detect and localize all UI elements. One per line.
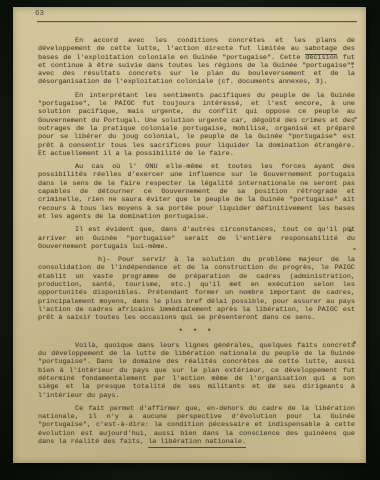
text-segment: En interprétant les sentiments pacifique… [38,92,355,158]
text-segment: Voilà, quoique dans leurs lignes général… [38,342,355,400]
text-segment: * * * [179,328,214,336]
section-separator: * * * [38,328,355,336]
scan-background: 63 En accord avec les conditions concrèt… [0,0,380,480]
paragraph: Ce fait permet d'affirmer que, en-dehors… [38,405,355,446]
ink-smudge [349,229,352,232]
paragraph: Voilà, quoique dans leurs lignes général… [38,342,355,400]
ink-smudge [351,62,354,65]
header-rule [37,21,357,22]
page-number: 63 [35,10,44,18]
ink-smudge [354,117,357,119]
ink-smudge [208,425,212,427]
ink-smudge [353,248,356,250]
paragraph: Au cas où l' ONU elle-même et toutes les… [38,163,355,221]
paragraph: En interprétant les sentiments pacifique… [38,92,355,158]
document-page: 63 En accord avec les conditions concrèt… [13,7,366,463]
text-segment: h)- Pour servir à la solution du problèm… [38,256,355,322]
text-segment: faits, [120,438,149,446]
paragraph: Il est évident que, dans d'autres circon… [38,226,355,251]
paragraph: En accord avec les conditions concrètes … [38,37,355,87]
text-segment: Il est évident que, dans d'autres circon… [38,226,355,251]
paragraph: h)- Pour servir à la solution du problèm… [38,256,355,322]
ink-smudge [353,341,356,344]
underlined-text: la libération nationale. [148,438,246,448]
document-text: En accord avec les conditions concrètes … [38,37,355,451]
text-segment: Au cas où l' ONU elle-même et toutes les… [38,163,355,221]
